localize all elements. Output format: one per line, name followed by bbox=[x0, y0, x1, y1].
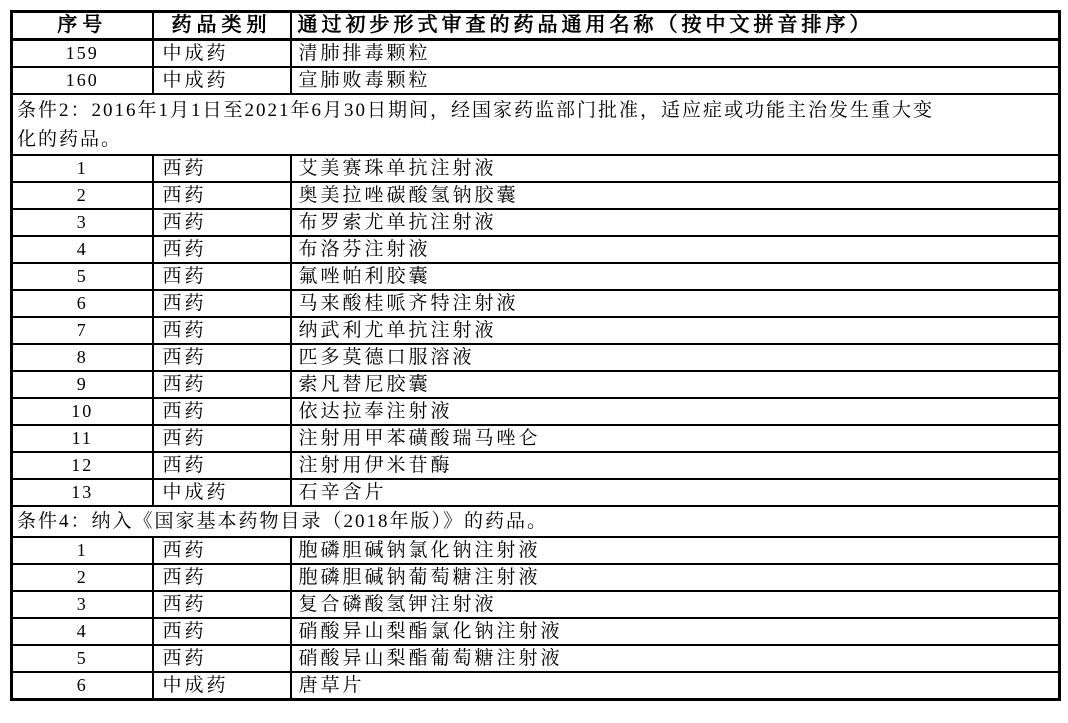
drug-category-cell: 西药 bbox=[153, 371, 291, 398]
serial-number-cell: 160 bbox=[12, 67, 153, 94]
header-drug-generic-name: 通过初步形式审查的药品通用名称（按中文拼音排序） bbox=[291, 12, 1060, 40]
header-drug-category: 药品类别 bbox=[153, 12, 291, 40]
serial-number-cell: 4 bbox=[12, 236, 153, 263]
serial-number-cell: 5 bbox=[12, 645, 153, 672]
serial-number-cell: 8 bbox=[12, 344, 153, 371]
table-row: 2西药胞磷胆碱钠葡萄糖注射液 bbox=[12, 564, 1060, 591]
header-row: 序号 药品类别 通过初步形式审查的药品通用名称（按中文拼音排序） bbox=[12, 12, 1060, 40]
serial-number-cell: 3 bbox=[12, 591, 153, 618]
table-row: 12西药注射用伊米苷酶 bbox=[12, 452, 1060, 479]
drug-name-cell: 复合磷酸氢钾注射液 bbox=[291, 591, 1060, 618]
condition-note-row: 条件2：2016年1月1日至2021年6月30日期间，经国家药监部门批准，适应症… bbox=[12, 94, 1060, 155]
drug-name-cell: 注射用甲苯磺酸瑞马唑仑 bbox=[291, 425, 1060, 452]
drug-name-cell: 艾美赛珠单抗注射液 bbox=[291, 155, 1060, 182]
table-header: 序号 药品类别 通过初步形式审查的药品通用名称（按中文拼音排序） bbox=[12, 12, 1060, 40]
drug-category-cell: 西药 bbox=[153, 537, 291, 564]
drug-name-cell: 氟唑帕利胶囊 bbox=[291, 263, 1060, 290]
condition-note-text: 条件2：2016年1月1日至2021年6月30日期间，经国家药监部门批准，适应症… bbox=[12, 94, 1060, 155]
drug-category-cell: 西药 bbox=[153, 290, 291, 317]
drug-category-cell: 西药 bbox=[153, 398, 291, 425]
drug-name-cell: 索凡替尼胶囊 bbox=[291, 371, 1060, 398]
drug-name-cell: 唐草片 bbox=[291, 672, 1060, 700]
condition-note-text: 条件4：纳入《国家基本药物目录（2018年版）》的药品。 bbox=[12, 506, 1060, 537]
drug-name-cell: 注射用伊米苷酶 bbox=[291, 452, 1060, 479]
drug-name-cell: 布罗索尤单抗注射液 bbox=[291, 209, 1060, 236]
serial-number-cell: 5 bbox=[12, 263, 153, 290]
serial-number-cell: 2 bbox=[12, 564, 153, 591]
drug-category-cell: 中成药 bbox=[153, 40, 291, 68]
drug-category-cell: 西药 bbox=[153, 591, 291, 618]
table-row: 8西药匹多莫德口服溶液 bbox=[12, 344, 1060, 371]
table-body: 159中成药清肺排毒颗粒160中成药宣肺败毒颗粒条件2：2016年1月1日至20… bbox=[12, 40, 1060, 700]
drug-category-cell: 中成药 bbox=[153, 479, 291, 506]
serial-number-cell: 1 bbox=[12, 537, 153, 564]
drug-category-cell: 西药 bbox=[153, 263, 291, 290]
drug-category-cell: 西药 bbox=[153, 564, 291, 591]
drug-name-cell: 奥美拉唑碳酸氢钠胶囊 bbox=[291, 182, 1060, 209]
header-serial-number: 序号 bbox=[12, 12, 153, 40]
drug-category-cell: 西药 bbox=[153, 452, 291, 479]
table-row: 3西药复合磷酸氢钾注射液 bbox=[12, 591, 1060, 618]
drug-name-cell: 宣肺败毒颗粒 bbox=[291, 67, 1060, 94]
table-row: 5西药氟唑帕利胶囊 bbox=[12, 263, 1060, 290]
drug-category-cell: 中成药 bbox=[153, 67, 291, 94]
drug-name-cell: 匹多莫德口服溶液 bbox=[291, 344, 1060, 371]
serial-number-cell: 6 bbox=[12, 290, 153, 317]
drug-category-cell: 西药 bbox=[153, 344, 291, 371]
drug-name-cell: 胞磷胆碱钠氯化钠注射液 bbox=[291, 537, 1060, 564]
serial-number-cell: 13 bbox=[12, 479, 153, 506]
drug-name-cell: 硝酸异山梨酯葡萄糖注射液 bbox=[291, 645, 1060, 672]
drug-category-cell: 西药 bbox=[153, 425, 291, 452]
serial-number-cell: 9 bbox=[12, 371, 153, 398]
drug-category-cell: 西药 bbox=[153, 317, 291, 344]
drug-name-cell: 马来酸桂哌齐特注射液 bbox=[291, 290, 1060, 317]
drug-name-cell: 依达拉奉注射液 bbox=[291, 398, 1060, 425]
condition-note-row: 条件4：纳入《国家基本药物目录（2018年版）》的药品。 bbox=[12, 506, 1060, 537]
document-page: 序号 药品类别 通过初步形式审查的药品通用名称（按中文拼音排序） 159中成药清… bbox=[10, 10, 1061, 701]
drug-name-cell: 胞磷胆碱钠葡萄糖注射液 bbox=[291, 564, 1060, 591]
serial-number-cell: 12 bbox=[12, 452, 153, 479]
serial-number-cell: 11 bbox=[12, 425, 153, 452]
drug-category-cell: 西药 bbox=[153, 618, 291, 645]
serial-number-cell: 2 bbox=[12, 182, 153, 209]
drug-category-cell: 西药 bbox=[153, 155, 291, 182]
table-row: 9西药索凡替尼胶囊 bbox=[12, 371, 1060, 398]
drug-name-cell: 纳武利尤单抗注射液 bbox=[291, 317, 1060, 344]
serial-number-cell: 6 bbox=[12, 672, 153, 700]
table-row: 10西药依达拉奉注射液 bbox=[12, 398, 1060, 425]
table-row: 11西药注射用甲苯磺酸瑞马唑仑 bbox=[12, 425, 1060, 452]
serial-number-cell: 159 bbox=[12, 40, 153, 68]
drug-name-cell: 硝酸异山梨酯氯化钠注射液 bbox=[291, 618, 1060, 645]
serial-number-cell: 1 bbox=[12, 155, 153, 182]
drug-category-cell: 西药 bbox=[153, 182, 291, 209]
table-row: 1西药胞磷胆碱钠氯化钠注射液 bbox=[12, 537, 1060, 564]
serial-number-cell: 4 bbox=[12, 618, 153, 645]
drug-category-cell: 西药 bbox=[153, 236, 291, 263]
table-row: 160中成药宣肺败毒颗粒 bbox=[12, 67, 1060, 94]
table-row: 4西药布洛芬注射液 bbox=[12, 236, 1060, 263]
serial-number-cell: 10 bbox=[12, 398, 153, 425]
serial-number-cell: 7 bbox=[12, 317, 153, 344]
drug-name-cell: 布洛芬注射液 bbox=[291, 236, 1060, 263]
table-row: 7西药纳武利尤单抗注射液 bbox=[12, 317, 1060, 344]
table-row: 1西药艾美赛珠单抗注射液 bbox=[12, 155, 1060, 182]
serial-number-cell: 3 bbox=[12, 209, 153, 236]
drug-name-cell: 清肺排毒颗粒 bbox=[291, 40, 1060, 68]
drug-category-cell: 西药 bbox=[153, 209, 291, 236]
table-row: 4西药硝酸异山梨酯氯化钠注射液 bbox=[12, 618, 1060, 645]
table-row: 6西药马来酸桂哌齐特注射液 bbox=[12, 290, 1060, 317]
table-row: 13中成药石辛含片 bbox=[12, 479, 1060, 506]
table-row: 6中成药唐草片 bbox=[12, 672, 1060, 700]
table-row: 3西药布罗索尤单抗注射液 bbox=[12, 209, 1060, 236]
drug-name-cell: 石辛含片 bbox=[291, 479, 1060, 506]
table-row: 5西药硝酸异山梨酯葡萄糖注射液 bbox=[12, 645, 1060, 672]
drug-category-cell: 西药 bbox=[153, 645, 291, 672]
drug-category-cell: 中成药 bbox=[153, 672, 291, 700]
drug-review-table: 序号 药品类别 通过初步形式审查的药品通用名称（按中文拼音排序） 159中成药清… bbox=[10, 10, 1061, 701]
table-row: 2西药奥美拉唑碳酸氢钠胶囊 bbox=[12, 182, 1060, 209]
table-row: 159中成药清肺排毒颗粒 bbox=[12, 40, 1060, 68]
